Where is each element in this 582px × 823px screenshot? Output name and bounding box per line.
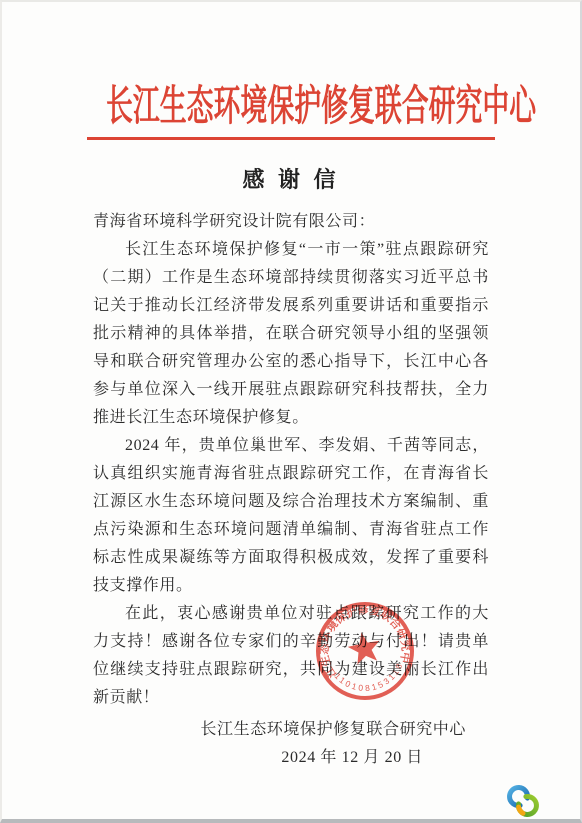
letter-body: 青海省环境科学研究设计院有限公司： 长江生态环境保护修复“一市一策”驻点跟踪研究… bbox=[93, 208, 489, 772]
letter-title: 感 谢 信 bbox=[2, 163, 580, 194]
letter-page: 长江生态环境保护修复联合研究中心 感 谢 信 青海省环境科学研究设计院有限公司：… bbox=[0, 0, 582, 823]
letter-paragraph: 2024 年，贵单位巢世军、李发娟、千茜等同志，认真组织实施青海省驻点跟踪研究工… bbox=[93, 432, 489, 600]
letter-paragraph: 长江生态环境保护修复“一市一策”驻点跟踪研究（二期）工作是生态环境部持续贯彻落实… bbox=[93, 236, 489, 432]
letterhead-title: 长江生态环境保护修复联合研究中心 bbox=[106, 2, 476, 128]
signature-org: 长江生态环境保护修复联合研究中心 bbox=[93, 716, 489, 744]
letter-paragraphs: 长江生态环境保护修复“一市一策”驻点跟踪研究（二期）工作是生态环境部持续贯彻落实… bbox=[93, 236, 489, 712]
center-logo-icon bbox=[505, 781, 541, 823]
letterhead-divider bbox=[87, 137, 495, 140]
signature-date: 2024 年 12 月 20 日 bbox=[93, 744, 489, 772]
letter-paragraph: 在此，衷心感谢贵单位对驻点跟踪研究工作的大力支持！感谢各位专家们的辛勤劳动与付出… bbox=[93, 600, 489, 712]
salutation: 青海省环境科学研究设计院有限公司： bbox=[93, 208, 489, 236]
